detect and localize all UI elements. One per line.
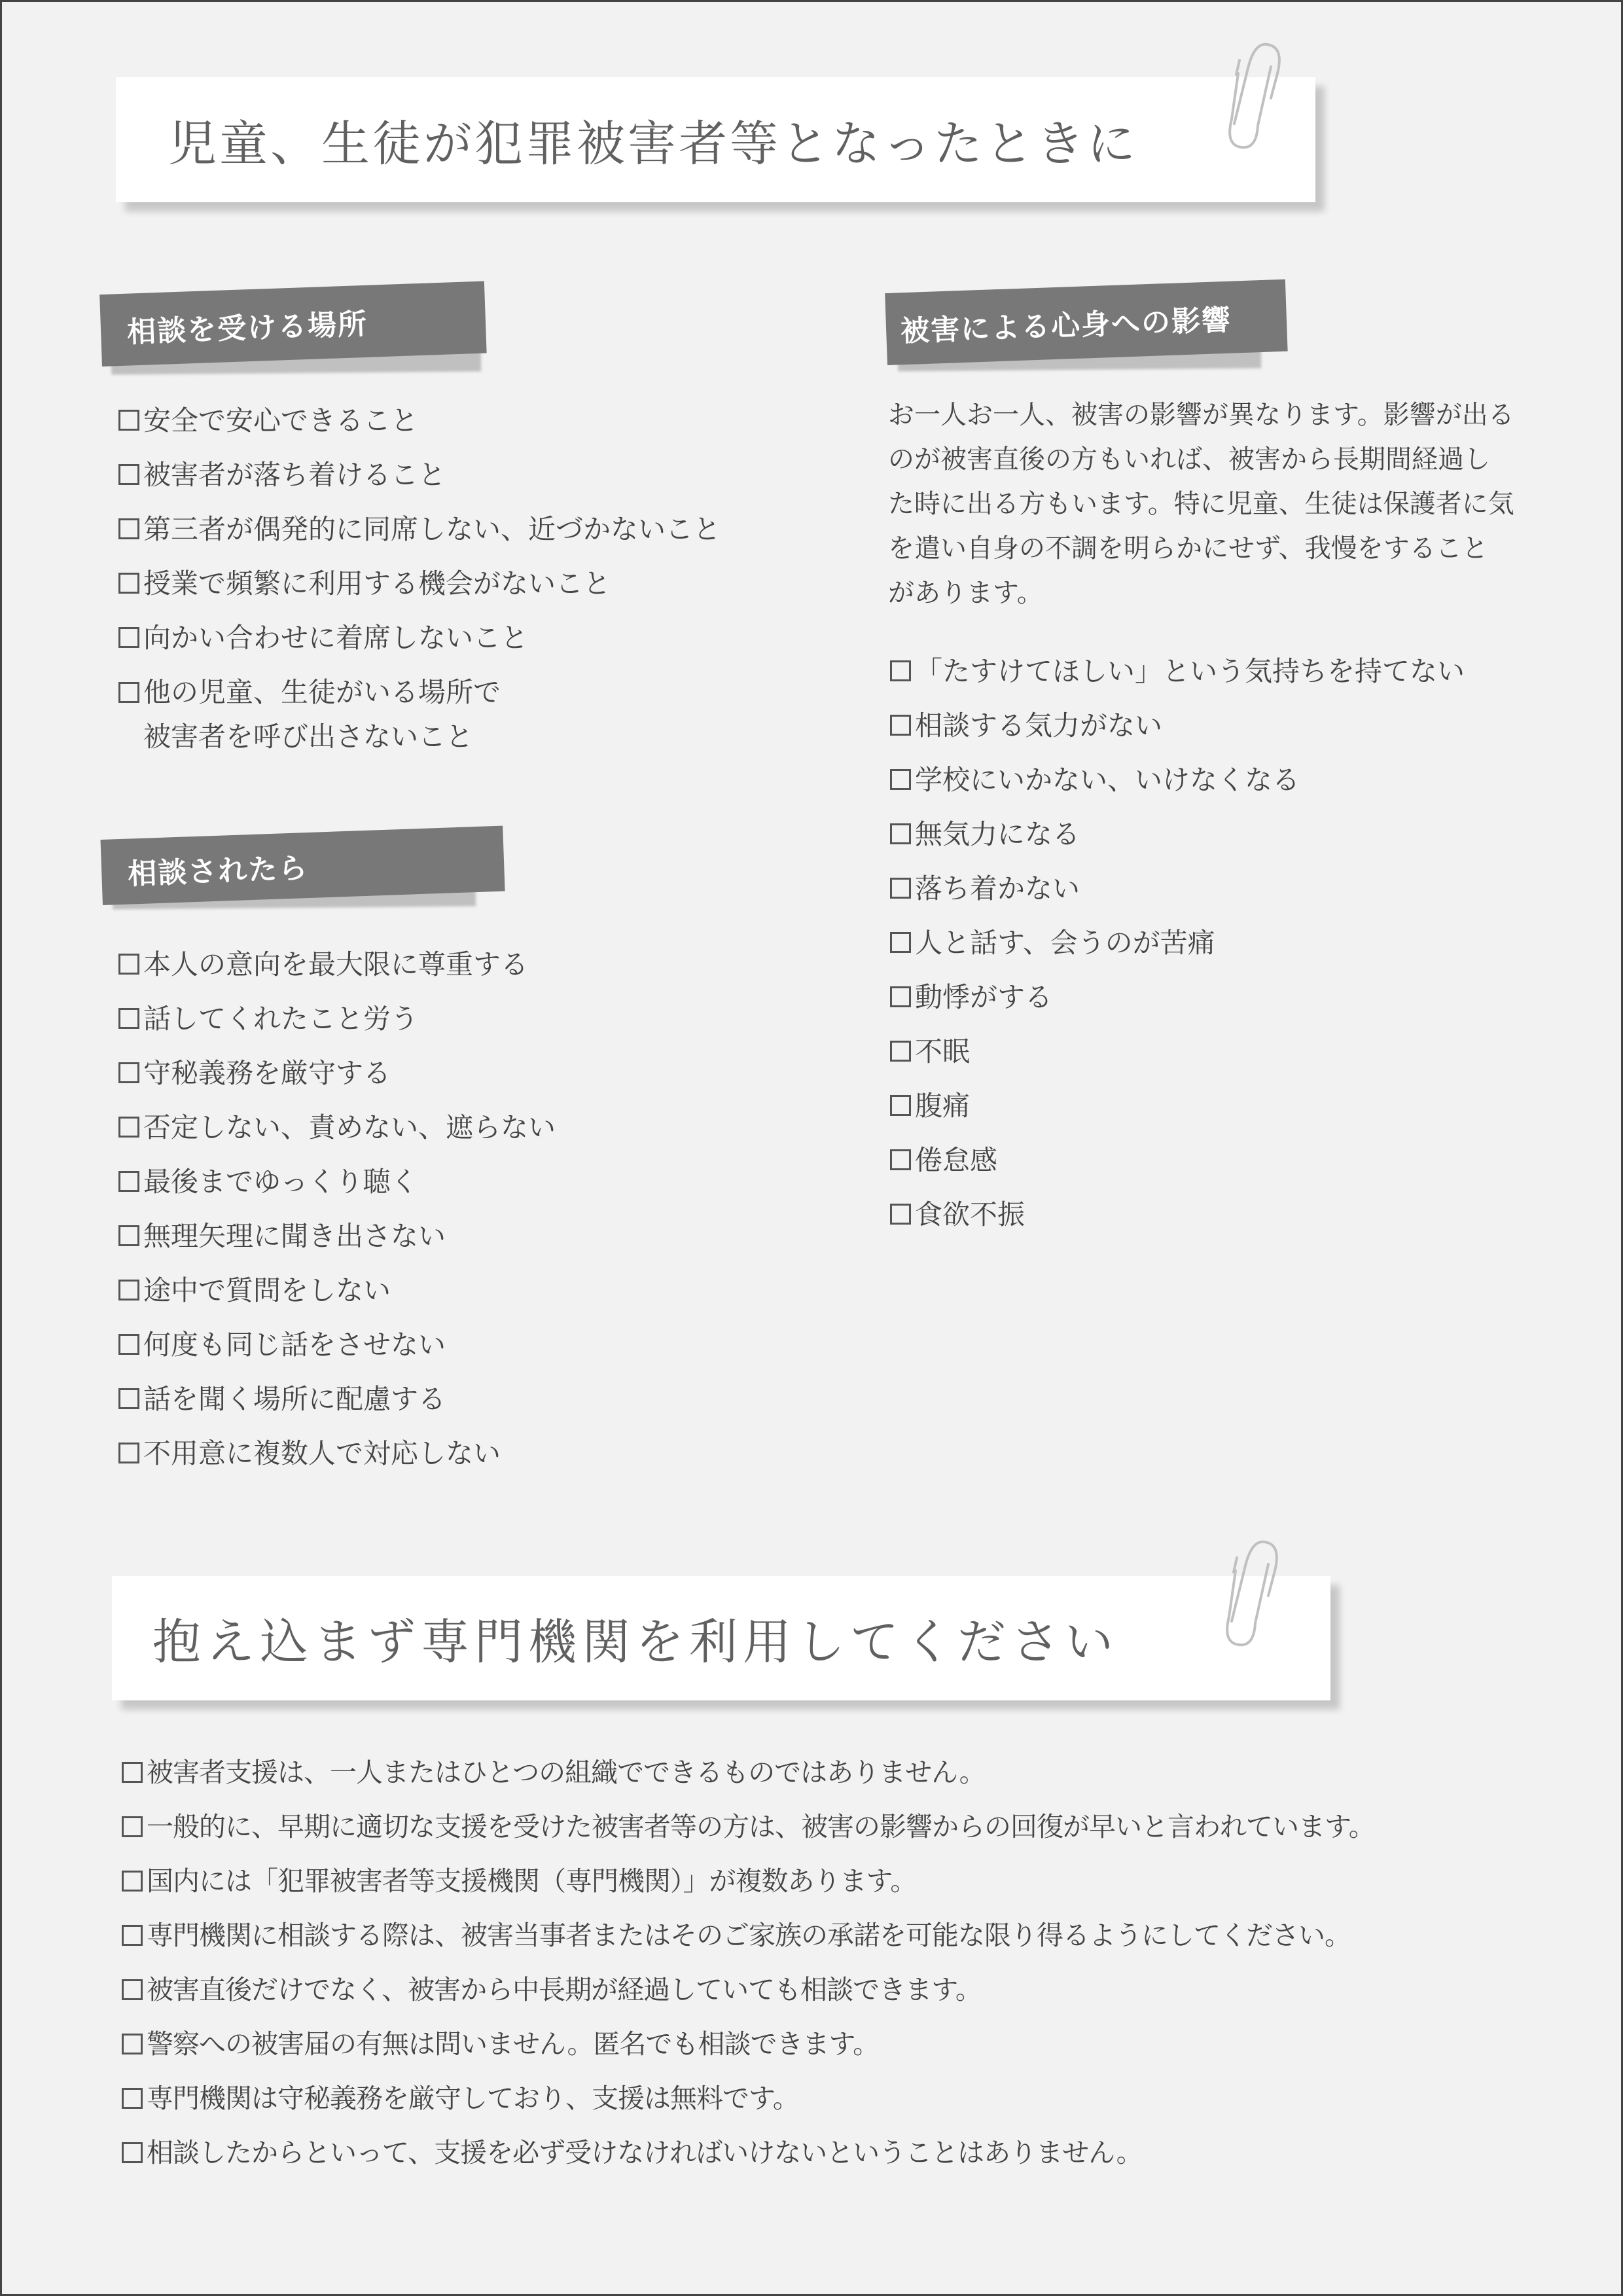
effects-checklist: 「たすけてほしい」という気持ちを持てない 相談する気力がない 学校にいかない、い… bbox=[890, 644, 1465, 1242]
checklist-item[interactable]: 何度も同じ話をさせない bbox=[118, 1318, 556, 1372]
footer-title-card: 抱え込まず専門機関を利用してください bbox=[112, 1576, 1330, 1700]
checkbox-icon[interactable] bbox=[890, 1204, 911, 1225]
checklist-item[interactable]: 否定しない、責めない、遮らない bbox=[118, 1100, 556, 1155]
agencies-checklist: 被害者支援は、一人またはひとつの組織でできるものではありません。 一般的に、早期… bbox=[122, 1746, 1375, 2180]
checkbox-icon[interactable] bbox=[118, 1280, 139, 1300]
checklist-item[interactable]: 「たすけてほしい」という気持ちを持てない bbox=[890, 644, 1465, 698]
checklist-item[interactable]: 被害者が落ち着けること bbox=[118, 448, 721, 502]
page-title: 児童、生徒が犯罪被害者等となったときに bbox=[116, 105, 1315, 175]
checkbox-icon[interactable] bbox=[122, 1871, 143, 1892]
checklist-item[interactable]: 国内には「犯罪被害者等支援機関（専門機関）」が複数あります。 bbox=[122, 1854, 1375, 1909]
section-title-agencies: 抱え込まず専門機関を利用してください bbox=[112, 1604, 1330, 1673]
checkbox-icon[interactable] bbox=[118, 1117, 139, 1138]
consulted-checklist: 本人の意向を最大限に尊重する 話してくれたこと労う 守秘義務を厳守する 否定しな… bbox=[118, 937, 556, 1480]
checkbox-icon[interactable] bbox=[118, 410, 139, 431]
checklist-item[interactable]: 落ち着かない bbox=[890, 861, 1465, 916]
checkbox-icon[interactable] bbox=[890, 1095, 911, 1116]
checklist-item[interactable]: 最後までゆっくり聴く bbox=[118, 1155, 556, 1209]
checkbox-icon[interactable] bbox=[118, 682, 139, 703]
checklist-item[interactable]: 人と話す、会うのが苦痛 bbox=[890, 916, 1465, 970]
checkbox-icon[interactable] bbox=[122, 1979, 143, 2000]
checkbox-icon[interactable] bbox=[118, 518, 139, 539]
checklist-item[interactable]: 被害者支援は、一人またはひとつの組織でできるものではありません。 bbox=[122, 1746, 1375, 1800]
checklist-item[interactable]: 本人の意向を最大限に尊重する bbox=[118, 937, 556, 992]
checkbox-icon[interactable] bbox=[890, 715, 911, 736]
checklist-item[interactable]: 話を聞く場所に配慮する bbox=[118, 1372, 556, 1426]
checklist-item[interactable]: 向かい合わせに着席しないこと bbox=[118, 611, 721, 665]
checklist-item[interactable]: 警察への被害届の有無は問いません。匿名でも相談できます。 bbox=[122, 2017, 1375, 2072]
checkbox-icon[interactable] bbox=[122, 2088, 143, 2109]
checklist-item[interactable]: 他の児童、生徒がいる場所で 被害者を呼び出さないこと bbox=[118, 670, 721, 759]
checkbox-icon[interactable] bbox=[118, 1062, 139, 1083]
checkbox-icon[interactable] bbox=[122, 1816, 143, 1837]
checklist-item[interactable]: 倦怠感 bbox=[890, 1133, 1465, 1187]
checkbox-icon[interactable] bbox=[118, 1334, 139, 1355]
place-checklist: 安全で安心できること 被害者が落ち着けること 第三者が偶発的に同席しない、近づか… bbox=[118, 393, 721, 759]
checklist-item[interactable]: 守秘義務を厳守する bbox=[118, 1046, 556, 1100]
section-heading-label: 相談を受ける場所 bbox=[126, 300, 368, 351]
section-heading-effects: 被害による心身への影響 bbox=[885, 279, 1287, 365]
checkbox-icon[interactable] bbox=[890, 823, 911, 844]
checklist-item[interactable]: 途中で質問をしない bbox=[118, 1263, 556, 1318]
checkbox-icon[interactable] bbox=[122, 2034, 143, 2054]
checkbox-icon[interactable] bbox=[890, 986, 911, 1007]
checklist-item[interactable]: 学校にいかない、いけなくなる bbox=[890, 753, 1465, 807]
paperclip-icon bbox=[1225, 41, 1284, 158]
checklist-item[interactable]: 食欲不振 bbox=[890, 1187, 1465, 1242]
checklist-item[interactable]: 腹痛 bbox=[890, 1079, 1465, 1133]
checkbox-icon[interactable] bbox=[118, 1443, 139, 1463]
checklist-item[interactable]: 無理矢理に聞き出さない bbox=[118, 1209, 556, 1263]
checklist-item[interactable]: 不用意に複数人で対応しない bbox=[118, 1426, 556, 1480]
checkbox-icon[interactable] bbox=[122, 1762, 143, 1783]
paperclip-icon bbox=[1222, 1538, 1281, 1656]
checkbox-icon[interactable] bbox=[118, 627, 139, 648]
checkbox-icon[interactable] bbox=[890, 769, 911, 790]
checkbox-icon[interactable] bbox=[890, 932, 911, 953]
checklist-item[interactable]: 第三者が偶発的に同席しない、近づかないこと bbox=[118, 502, 721, 556]
checkbox-icon[interactable] bbox=[118, 464, 139, 485]
header-title-card: 児童、生徒が犯罪被害者等となったときに bbox=[116, 77, 1315, 202]
checklist-item[interactable]: 不眠 bbox=[890, 1024, 1465, 1079]
checklist-item[interactable]: 授業で頻繁に利用する機会がないこと bbox=[118, 556, 721, 611]
checkbox-icon[interactable] bbox=[118, 1171, 139, 1192]
checkbox-icon[interactable] bbox=[890, 660, 911, 681]
checkbox-icon[interactable] bbox=[122, 2142, 143, 2163]
checklist-item[interactable]: 無気力になる bbox=[890, 807, 1465, 861]
checklist-item[interactable]: 動悸がする bbox=[890, 970, 1465, 1024]
section-heading-place: 相談を受ける場所 bbox=[99, 281, 486, 367]
checkbox-icon[interactable] bbox=[890, 1149, 911, 1170]
checklist-item[interactable]: 話してくれたこと労う bbox=[118, 992, 556, 1046]
checklist-item[interactable]: 専門機関は守秘義務を厳守しており、支援は無料です。 bbox=[122, 2072, 1375, 2126]
checklist-item[interactable]: 被害直後だけでなく、被害から中長期が経過していても相談できます。 bbox=[122, 1963, 1375, 2017]
checklist-item[interactable]: 相談する気力がない bbox=[890, 698, 1465, 753]
checkbox-icon[interactable] bbox=[118, 954, 139, 975]
checklist-item[interactable]: 相談したからといって、支援を必ず受けなければいけないということはありません。 bbox=[122, 2126, 1375, 2180]
checkbox-icon[interactable] bbox=[890, 878, 911, 899]
checklist-item[interactable]: 安全で安心できること bbox=[118, 393, 721, 448]
checkbox-icon[interactable] bbox=[118, 1225, 139, 1246]
checkbox-icon[interactable] bbox=[118, 1008, 139, 1029]
checklist-item[interactable]: 専門機関に相談する際は、被害当事者またはそのご家族の承諾を可能な限り得るようにし… bbox=[122, 1909, 1375, 1963]
effects-description: お一人お一人、被害の影響が異なります。影響が出る のが被害直後の方もいれば、被害… bbox=[888, 393, 1514, 615]
checkbox-icon[interactable] bbox=[890, 1041, 911, 1062]
checklist-item[interactable]: 一般的に、早期に適切な支援を受けた被害者等の方は、被害の影響からの回復が早いと言… bbox=[122, 1800, 1375, 1854]
section-heading-label: 被害による心身への影響 bbox=[900, 296, 1232, 350]
section-heading-label: 相談されたら bbox=[127, 844, 309, 893]
checkbox-icon[interactable] bbox=[118, 1388, 139, 1409]
checkbox-icon[interactable] bbox=[122, 1925, 143, 1946]
checkbox-icon[interactable] bbox=[118, 573, 139, 594]
